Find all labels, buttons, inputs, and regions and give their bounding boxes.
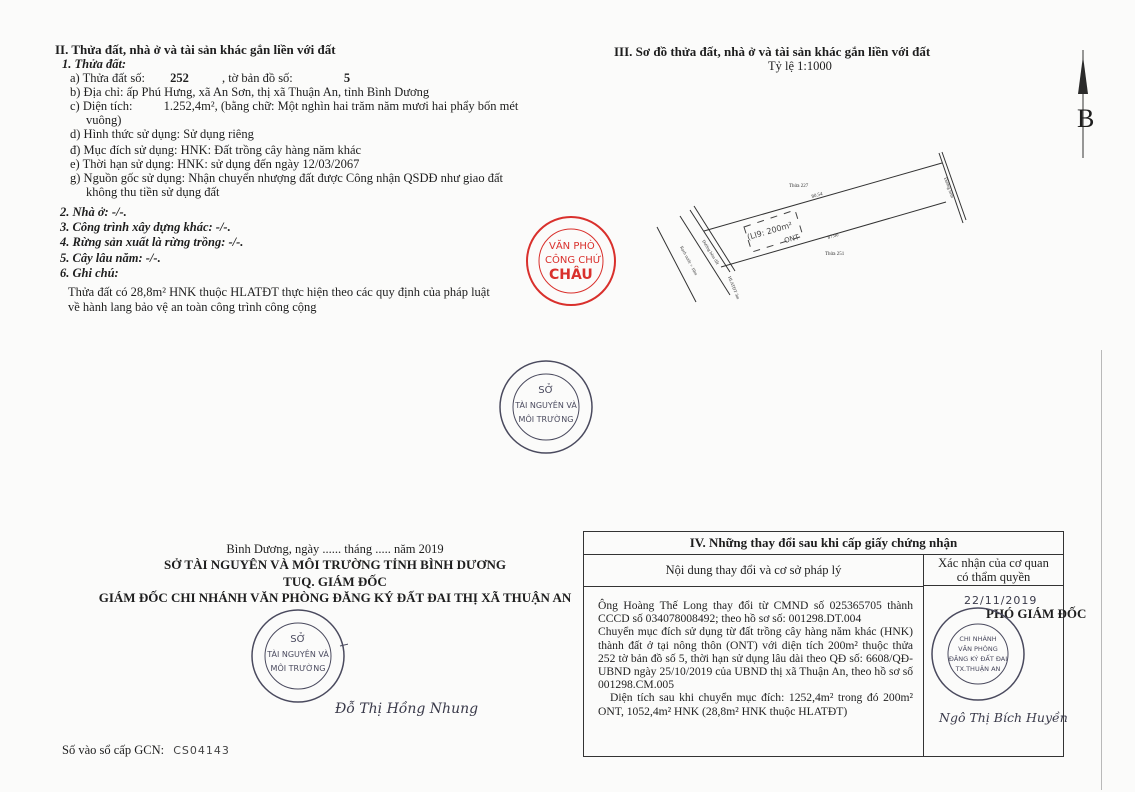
sign-org: SỞ TÀI NGUYÊN VÀ MÔI TRƯỜNG TỈNH BÌNH DƯ… [90, 557, 580, 573]
map-sheet-label: , tờ bản đồ số: [222, 71, 293, 85]
confirm-signer: Ngô Thị Bích Huyền [939, 710, 1068, 725]
dept-stamp-line-1: SỞ [538, 382, 553, 396]
perennial-line: 5. Cây lâu năm: -/-. [60, 251, 161, 266]
branch-stamp-line-4: TX.THUẬN AN [955, 664, 1001, 673]
changes-table-title: IV. Những thay đổi sau khi cấp giấy chứn… [584, 532, 1063, 555]
north-label: B [1077, 104, 1094, 134]
sign-tuq: TUQ. GIÁM ĐỐC [90, 574, 580, 590]
house-line: 2. Nhà ở: -/-. [60, 205, 127, 220]
change-entry-3: Diện tích sau khi chuyển mục đích: 1252,… [598, 691, 913, 717]
branch-stamp-line-1: CHI NHÁNH [959, 634, 996, 643]
confirm-header-line-2: có thẩm quyền [924, 570, 1063, 584]
confirm-header-line-1: Xác nhận của cơ quan [924, 556, 1063, 570]
dept-stamp-line-2: TÀI NGUYÊN VÀ [514, 399, 577, 410]
parcel-number-label: a) Thửa đất số: [70, 71, 145, 85]
notes-heading: 6. Ghi chú: [60, 266, 119, 281]
area-value: 1.252,4m², (bằng chữ: Một nghìn hai trăm… [164, 99, 519, 113]
usage-origin-cont: không thu tiền sử dụng đất [86, 185, 220, 199]
changes-content: Ông Hoàng Thế Long thay đổi từ CMND số 0… [598, 599, 913, 718]
parcel-diagram: (LI9: 200m² ONT Thửa 227 Thửa 251 80.54 … [640, 140, 980, 340]
dept-stamp2-line-2: TÀI NGUYÊN VÀ [266, 648, 329, 659]
parcel-number: 252 [170, 71, 189, 85]
branch-stamp-line-3: ĐĂNG KÝ ĐẤT ĐAI [949, 653, 1007, 663]
address-line: b) Địa chỉ: ấp Phú Hưng, xã An Sơn, thị … [70, 85, 429, 99]
usage-purpose-line: đ) Mục đích sử dụng: HNK: Đất trồng cây … [70, 143, 361, 157]
handwritten-note-2: ONT [783, 233, 800, 245]
branch-stamp: CHI NHÁNH VĂN PHÒNG ĐĂNG KÝ ĐẤT ĐAI TX.T… [929, 605, 1027, 703]
parcel-number-line: a) Thửa đất số: 252 , tờ bản đồ số: 5 [70, 71, 350, 85]
change-entry-1: Ông Hoàng Thế Long thay đổi từ CMND số 0… [598, 599, 913, 625]
other-works-line: 3. Công trình xây dựng khác: -/-. [60, 220, 231, 235]
gcn-entry: Số vào sổ cấp GCN: CS04143 [62, 743, 230, 758]
dept-stamp2-line-3: MÔI TRƯỜNG [271, 662, 326, 673]
scale-label: Tỷ lệ 1:1000 [768, 59, 832, 74]
area-value-cont: vuông) [86, 113, 121, 127]
right-road-label: Đường hẻm [943, 177, 955, 199]
edge-bottom-length: 87.00 [827, 233, 840, 241]
scan-edge-line [1101, 350, 1102, 790]
usage-form-line: d) Hình thức sử dụng: Sử dụng riêng [70, 127, 254, 141]
changes-col-confirm-header: Xác nhận của cơ quan có thẩm quyền [924, 554, 1063, 586]
usage-origin-line: g) Nguồn gốc sử dụng: Nhận chuyển nhượng… [70, 171, 503, 185]
area-label: c) Diện tích: [70, 99, 132, 113]
section-iii-title: III. Sơ đồ thửa đất, nhà ở và tài sản kh… [614, 44, 930, 60]
sign-date: Bình Dương, ngày ...... tháng ..... năm … [90, 542, 580, 557]
dept-stamp: SỞ TÀI NGUYÊN VÀ MÔI TRƯỜNG [496, 357, 596, 457]
gcn-label: Số vào sổ cấp GCN: [62, 743, 164, 757]
notes-text-1: Thửa đất có 28,8m² HNK thuộc HLATĐT thực… [68, 285, 490, 299]
column-divider [923, 554, 924, 756]
signer-name: Đỗ Thị Hồng Nhung [335, 701, 478, 717]
notes-text-2: về hành lang bảo vệ an toàn công trình c… [68, 300, 317, 314]
dept-stamp-signature: SỞ TÀI NGUYÊN VÀ MÔI TRƯỜNG [248, 606, 348, 706]
change-entry-2: Chuyển mục đích sử dụng từ đất trồng cây… [598, 625, 913, 691]
sign-director-title: GIÁM ĐỐC CHI NHÁNH VĂN PHÒNG ĐĂNG KÝ ĐẤT… [90, 590, 580, 606]
north-arrow: B [1063, 50, 1103, 160]
canal-label: Rạch nước > 10m [679, 245, 699, 276]
section-ii-title: II. Thửa đất, nhà ở và tài sản khác gắn … [55, 42, 336, 58]
usage-term-line: e) Thời hạn sử dụng: HNK: sử dụng đến ng… [70, 157, 359, 171]
area-line: c) Diện tích: 1.252,4m², (bằng chữ: Một … [70, 99, 518, 113]
dept-stamp2-line-1: SỞ [290, 631, 305, 645]
notary-stamp-line-3: CHÂU [549, 266, 593, 283]
dept-stamp-line-3: MÔI TRƯỜNG [519, 413, 574, 424]
notary-stamp-line-2: CÔNG CHỨ [545, 253, 601, 266]
parcel-above-label: Thửa 227 [789, 184, 809, 189]
hlatdt-label: HLATĐT 3m [727, 276, 741, 301]
gcn-number: CS04143 [173, 744, 230, 757]
forest-line: 4. Rừng sản xuất là rừng trồng: -/-. [60, 235, 243, 250]
branch-stamp-line-2: VĂN PHÒNG [958, 644, 998, 653]
notary-stamp-line-1: VĂN PHÒ [549, 239, 595, 252]
notary-stamp: VĂN PHÒ CÔNG CHỨ CHÂU [511, 216, 601, 306]
parcel-below-label: Thửa 251 [825, 252, 845, 257]
map-sheet-number: 5 [344, 71, 350, 85]
land-heading: 1. Thửa đất: [62, 57, 126, 72]
changes-col-content-header: Nội dung thay đổi và cơ sở pháp lý [584, 554, 923, 587]
